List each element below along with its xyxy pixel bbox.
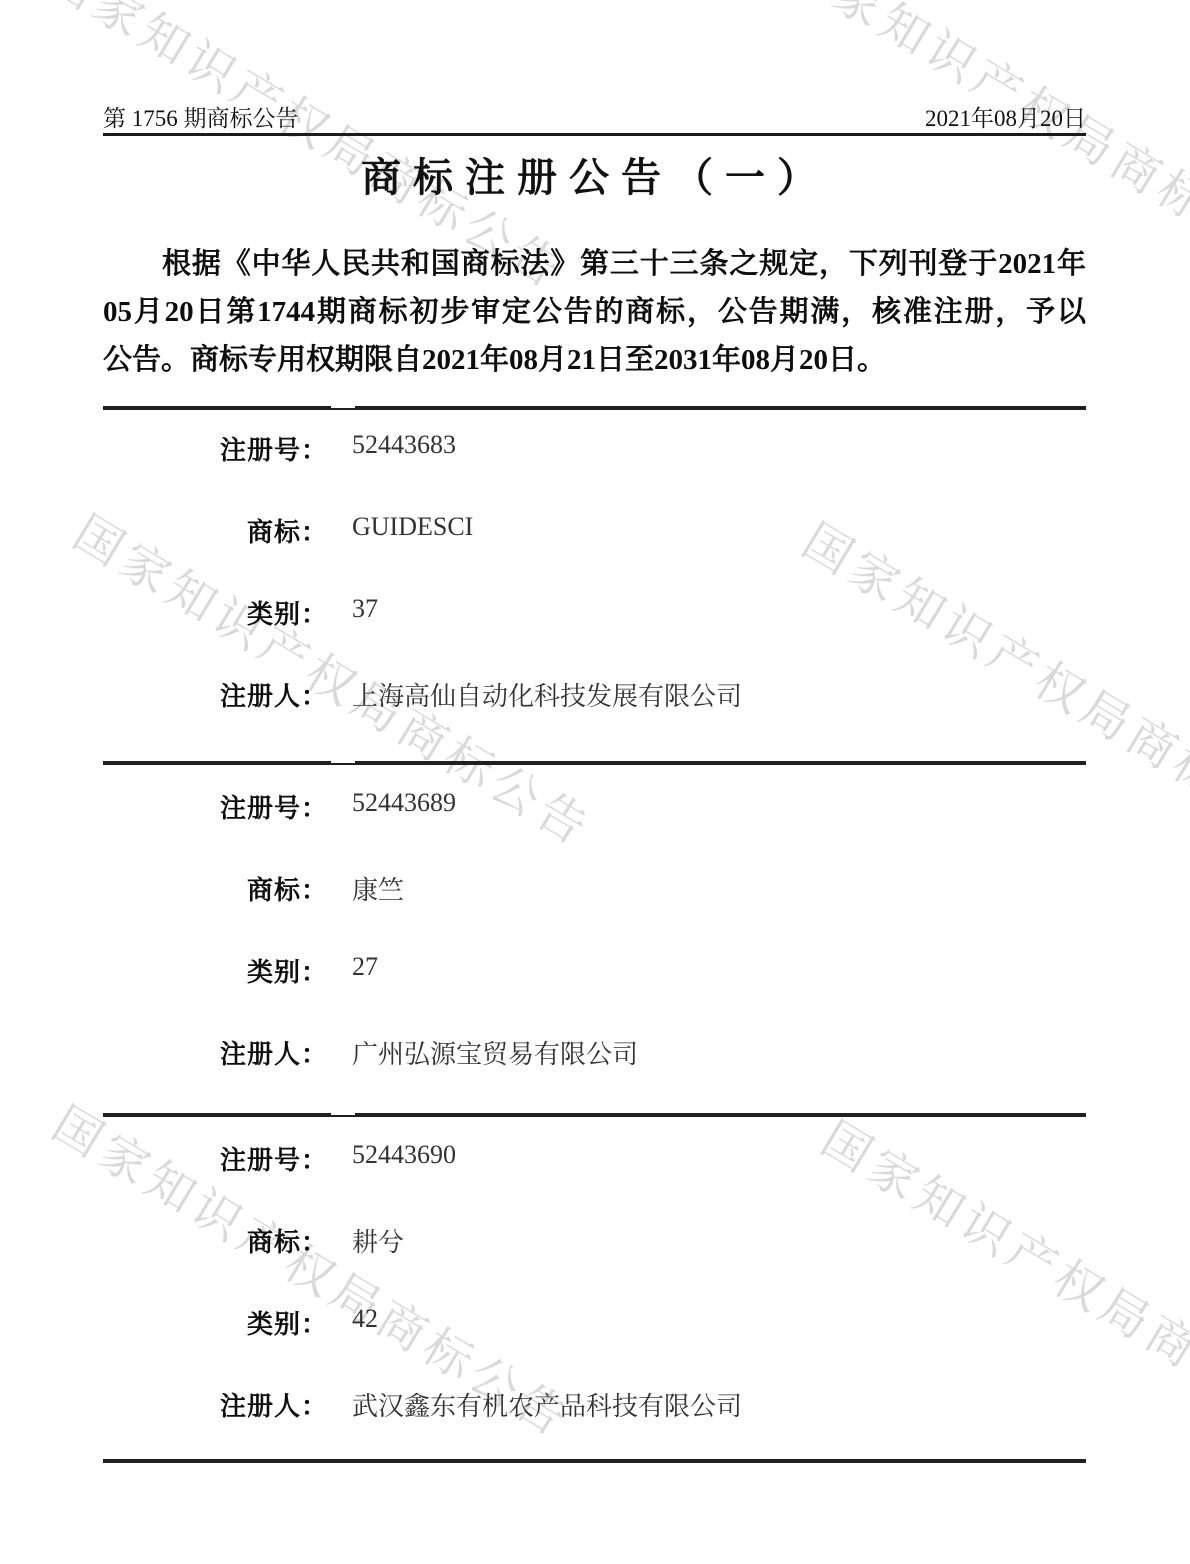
category-row: 类别： 37 (103, 594, 1086, 631)
trademark-row: 商标： GUIDESCI (103, 512, 1086, 549)
divider (103, 1459, 1086, 1463)
trademark-label: 商标： (103, 512, 328, 549)
page-header: 第 1756 期商标公告 2021年08月20日 (103, 100, 1086, 133)
category-label: 类别： (103, 952, 328, 989)
trademark-value: 康竺 (352, 870, 404, 907)
registrant-row: 注册人： 广州弘源宝贸易有限公司 (103, 1034, 1086, 1071)
reg-no-row: 注册号： 52443690 (103, 1140, 1086, 1177)
intro-paragraph: 根据《中华人民共和国商标法》第三十三条之规定，下列刊登于2021年 05月20日… (103, 240, 1086, 384)
intro-line-2: 05月20日第1744期商标初步审定公告的商标，公告期满，核准注册，予以 (103, 288, 1086, 336)
category-value: 37 (352, 594, 378, 624)
divider (103, 406, 1086, 410)
publication-date: 2021年08月20日 (925, 100, 1086, 133)
category-row: 类别： 27 (103, 952, 1086, 989)
header-rule (103, 133, 1086, 136)
reg-no-value: 52443689 (352, 788, 456, 818)
page-title: 商标注册公告（一） (0, 146, 1190, 203)
reg-no-label: 注册号： (103, 430, 328, 467)
trademark-label: 商标： (103, 870, 328, 907)
category-label: 类别： (103, 1304, 328, 1341)
divider (103, 1113, 1086, 1117)
divider-notch (331, 406, 355, 408)
divider (103, 761, 1086, 765)
registrant-value: 上海高仙自动化科技发展有限公司 (352, 676, 742, 713)
trademark-value: 耕兮 (352, 1222, 404, 1259)
divider-notch (331, 761, 355, 763)
reg-no-value: 52443683 (352, 430, 456, 460)
registrant-value: 广州弘源宝贸易有限公司 (352, 1034, 638, 1071)
reg-no-label: 注册号： (103, 1140, 328, 1177)
trademark-label: 商标： (103, 1222, 328, 1259)
intro-line-3: 公告。商标专用权期限自2021年08月21日至2031年08月20日。 (103, 336, 1086, 384)
category-value: 42 (352, 1304, 378, 1334)
intro-line-1: 根据《中华人民共和国商标法》第三十三条之规定，下列刊登于2021年 (103, 240, 1086, 288)
trademark-row: 商标： 耕兮 (103, 1222, 1086, 1259)
registrant-value: 武汉鑫东有机农产品科技有限公司 (352, 1386, 742, 1423)
issue-number-label: 第 1756 期商标公告 (103, 100, 299, 133)
reg-no-row: 注册号： 52443689 (103, 788, 1086, 825)
reg-no-row: 注册号： 52443683 (103, 430, 1086, 467)
category-row: 类别： 42 (103, 1304, 1086, 1341)
trademark-value: GUIDESCI (352, 512, 473, 542)
reg-no-label: 注册号： (103, 788, 328, 825)
trademark-row: 商标： 康竺 (103, 870, 1086, 907)
gazette-page: 国家知识产权局商标公告 国家知识产权局商标公告 国家知识产权局商标公告 国家知识… (0, 0, 1190, 1564)
registrant-row: 注册人： 武汉鑫东有机农产品科技有限公司 (103, 1386, 1086, 1423)
reg-no-value: 52443690 (352, 1140, 456, 1170)
registrant-label: 注册人： (103, 676, 328, 713)
category-value: 27 (352, 952, 378, 982)
category-label: 类别： (103, 594, 328, 631)
registrant-row: 注册人： 上海高仙自动化科技发展有限公司 (103, 676, 1086, 713)
divider-notch (331, 1113, 355, 1115)
registrant-label: 注册人： (103, 1034, 328, 1071)
registrant-label: 注册人： (103, 1386, 328, 1423)
